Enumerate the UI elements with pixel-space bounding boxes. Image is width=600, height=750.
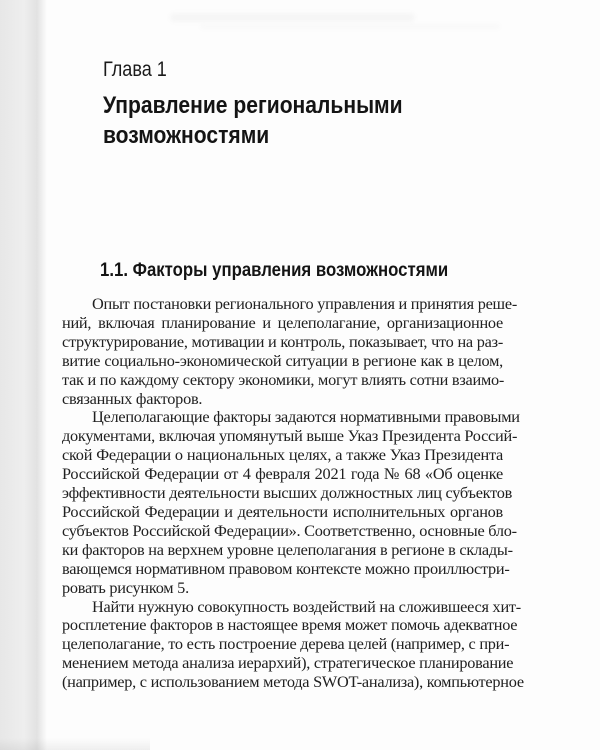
scan-edge-left [0, 0, 48, 750]
body-text-line: Опыт постановки регионального управления… [62, 295, 503, 314]
body-text-line: вающемся нормативном правовом контексте … [62, 560, 503, 579]
body-text-line: документами, включая упомянутый выше Ука… [62, 427, 503, 446]
body-text: Опыт постановки регионального управления… [62, 295, 503, 692]
body-text-line: так и по каждому сектору экономики, могу… [62, 371, 503, 390]
body-text-line: субъектов Российской Федерации». Соответ… [62, 522, 503, 541]
body-text-line: ской Федерации о национальных целях, а т… [62, 446, 503, 465]
body-text-line: Найти нужную совокупность воздействий на… [62, 598, 503, 617]
body-text-line: витие социально-экономической ситуации в… [62, 352, 503, 371]
book-page: Глава 1 Управление региональными возможн… [0, 0, 600, 750]
bleedthrough-text [200, 24, 500, 29]
body-text-line: менением метода анализа иерархий), страт… [62, 654, 503, 673]
chapter-title: Управление региональными возможностями [103, 91, 464, 150]
chapter-label: Глава 1 [103, 57, 167, 83]
body-text-line: Российской Федерации и деятельности испо… [62, 503, 503, 522]
body-text-line: Российской Федерации от 4 февраля 2021 г… [62, 465, 503, 484]
body-text-line: структурирование, мотивации и контроль, … [62, 333, 503, 352]
body-text-line: целеполагание, то есть построение дерева… [62, 635, 503, 654]
body-text-line: (например, с использованием метода SWOT-… [62, 673, 503, 692]
section-heading: 1.1. Факторы управления возможностями [100, 258, 448, 282]
bleedthrough-text [170, 13, 415, 22]
body-text-line: Целеполагающие факторы задаются норматив… [62, 408, 503, 427]
body-text-line: связанных факторов. [62, 390, 503, 409]
body-text-line: эффективности деятельности высших должно… [62, 484, 503, 503]
scan-edge-bottom [0, 738, 150, 750]
body-text-line: ки факторов на верхнем уровне целеполага… [62, 541, 503, 560]
body-text-line: росплетение факторов в настоящее время м… [62, 616, 503, 635]
body-text-line: ний, включая планирование и целеполагани… [62, 314, 503, 333]
body-text-line: ровать рисунком 5. [62, 579, 503, 598]
